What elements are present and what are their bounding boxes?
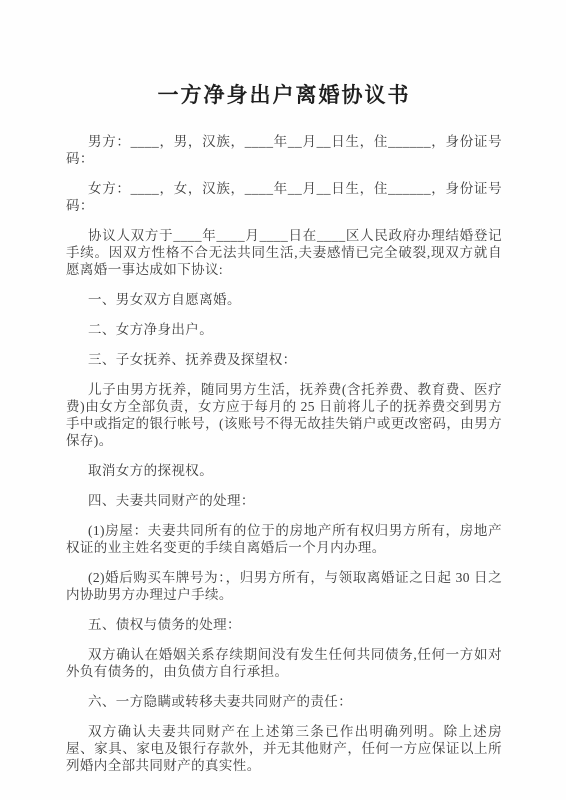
clause-6-heading: 六、一方隐瞒或转移夫妻共同财产的责任： bbox=[66, 693, 502, 710]
para-visitation: 取消女方的探视权。 bbox=[66, 462, 502, 479]
clause-4-heading: 四、夫妻共同财产的处理： bbox=[66, 492, 502, 509]
para-wife-info: 女方：____，女，汉族，____年__月__日生，住______，身份证号码： bbox=[66, 180, 502, 214]
document-page: 一方净身出户离婚协议书 男方：____，男，汉族，____年__月__日生，住_… bbox=[0, 0, 566, 800]
para-preamble: 协议人双方于____年____月____日在____区人民政府办理结婚登记手续。… bbox=[66, 227, 502, 278]
para-car: (2)婚后购买车牌号为：，归男方所有，与领取离婚证之日起 30 日之内协助男方办… bbox=[66, 569, 502, 603]
clause-1: 一、男女双方自愿离婚。 bbox=[66, 291, 502, 308]
para-debt: 双方确认在婚姻关系存续期间没有发生任何共同债务,任何一方如对外负有债务的，由负债… bbox=[66, 646, 502, 680]
document-body: 男方：____，男，汉族，____年__月__日生，住______，身份证号码：… bbox=[66, 133, 502, 774]
document-title: 一方净身出户离婚协议书 bbox=[66, 84, 502, 107]
para-child-support: 儿子由男方抚养，随同男方生活，抚养费(含托养费、教育费、医疗费)由女方全部负责，… bbox=[66, 381, 502, 449]
para-house: (1)房屋：夫妻共同所有的位于的房地产所有权归男方所有，房地产权证的业主姓名变更… bbox=[66, 522, 502, 556]
para-husband-info: 男方：____，男，汉族，____年__月__日生，住______，身份证号码： bbox=[66, 133, 502, 167]
clause-5-heading: 五、债权与债务的处理： bbox=[66, 616, 502, 633]
clause-2: 二、女方净身出户。 bbox=[66, 321, 502, 338]
clause-3-heading: 三、子女抚养、抚养费及探望权： bbox=[66, 351, 502, 368]
para-property-confirm: 双方确认夫妻共同财产在上述第三条已作出明确列明。除上述房屋、家具、家电及银行存款… bbox=[66, 723, 502, 774]
